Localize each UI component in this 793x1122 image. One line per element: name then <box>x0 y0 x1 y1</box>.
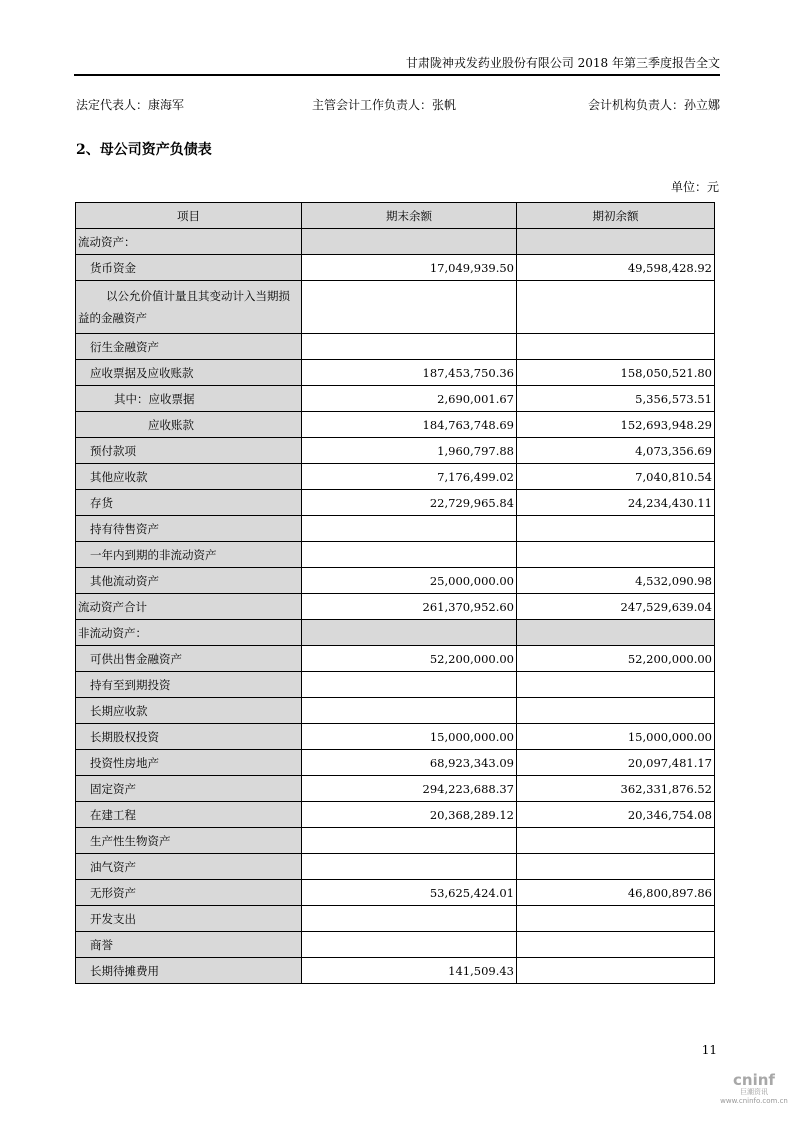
cninfo-watermark: cninf 巨潮资讯 www.cninfo.com.cn <box>718 1072 790 1106</box>
row-end-balance: 7,176,499.02 <box>302 464 517 490</box>
row-begin-balance <box>517 516 715 542</box>
row-end-balance: 17,049,939.50 <box>302 255 517 281</box>
row-end-balance <box>302 334 517 360</box>
row-item-label: 应收账款 <box>76 412 302 438</box>
row-end-balance: 294,223,688.37 <box>302 776 517 802</box>
row-item-label: 长期股权投资 <box>76 724 302 750</box>
row-begin-balance: 7,040,810.54 <box>517 464 715 490</box>
accounting-dept-head: 会计机构负责人：孙立娜 <box>588 98 720 112</box>
table-row: 生产性生物资产 <box>76 828 715 854</box>
table-row: 固定资产294,223,688.37362,331,876.52 <box>76 776 715 802</box>
table-row: 预付款项1,960,797.884,073,356.69 <box>76 438 715 464</box>
page-header: 甘肃陇神戎发药业股份有限公司 2018 年第三季度报告全文 <box>74 56 720 76</box>
table-row: 长期待摊费用141,509.43 <box>76 958 715 984</box>
row-begin-balance <box>517 334 715 360</box>
row-item-label: 在建工程 <box>76 802 302 828</box>
row-item-label: 商誉 <box>76 932 302 958</box>
row-end-balance <box>302 516 517 542</box>
row-end-balance: 68,923,343.09 <box>302 750 517 776</box>
table-header-row: 项目 期末余额 期初余额 <box>76 203 715 229</box>
table-row: 流动资产合计261,370,952.60247,529,639.04 <box>76 594 715 620</box>
row-item-label: 其中：应收票据 <box>76 386 302 412</box>
row-begin-balance <box>517 542 715 568</box>
row-end-balance <box>302 672 517 698</box>
row-item-label: 油气资产 <box>76 854 302 880</box>
row-end-balance <box>302 542 517 568</box>
unit-label: 单位：元 <box>671 180 719 194</box>
row-begin-balance <box>517 958 715 984</box>
row-end-balance <box>302 932 517 958</box>
table-row: 存货22,729,965.8424,234,430.11 <box>76 490 715 516</box>
table-row: 持有至到期投资 <box>76 672 715 698</box>
table-row: 长期股权投资15,000,000.0015,000,000.00 <box>76 724 715 750</box>
row-end-balance: 187,453,750.36 <box>302 360 517 386</box>
table-row: 投资性房地产68,923,343.0920,097,481.17 <box>76 750 715 776</box>
table-row: 非流动资产： <box>76 620 715 646</box>
row-end-balance: 25,000,000.00 <box>302 568 517 594</box>
row-begin-balance: 152,693,948.29 <box>517 412 715 438</box>
cninfo-url: www.cninfo.com.cn <box>718 1097 790 1106</box>
table-row: 无形资产53,625,424.0146,800,897.86 <box>76 880 715 906</box>
row-end-balance <box>302 281 517 334</box>
row-item-label: 其他流动资产 <box>76 568 302 594</box>
row-begin-balance: 15,000,000.00 <box>517 724 715 750</box>
cninfo-brand-cn: 巨潮资讯 <box>718 1088 790 1097</box>
row-end-balance <box>302 854 517 880</box>
row-begin-balance <box>517 698 715 724</box>
row-end-balance: 52,200,000.00 <box>302 646 517 672</box>
row-item-label: 其他应收款 <box>76 464 302 490</box>
report-title: 甘肃陇神戎发药业股份有限公司 2018 年第三季度报告全文 <box>406 56 720 70</box>
page-number: 11 <box>702 1043 717 1057</box>
row-item-label: 衍生金融资产 <box>76 334 302 360</box>
row-begin-balance: 4,073,356.69 <box>517 438 715 464</box>
row-item-label: 流动资产： <box>76 229 302 255</box>
row-end-balance: 184,763,748.69 <box>302 412 517 438</box>
row-begin-balance: 20,097,481.17 <box>517 750 715 776</box>
row-end-balance <box>302 698 517 724</box>
cninfo-logo-icon: cninf <box>718 1072 790 1088</box>
row-item-label: 固定资产 <box>76 776 302 802</box>
table-row: 其他流动资产25,000,000.004,532,090.98 <box>76 568 715 594</box>
row-begin-balance: 247,529,639.04 <box>517 594 715 620</box>
row-item-label: 非流动资产： <box>76 620 302 646</box>
table-row: 长期应收款 <box>76 698 715 724</box>
row-begin-balance <box>517 932 715 958</box>
row-item-label: 长期应收款 <box>76 698 302 724</box>
table-row: 在建工程20,368,289.1220,346,754.08 <box>76 802 715 828</box>
row-begin-balance <box>517 854 715 880</box>
row-item-label: 持有至到期投资 <box>76 672 302 698</box>
row-begin-balance <box>517 672 715 698</box>
table-row: 货币资金17,049,939.5049,598,428.92 <box>76 255 715 281</box>
row-begin-balance <box>517 281 715 334</box>
row-begin-balance <box>517 229 715 255</box>
row-item-label: 持有待售资产 <box>76 516 302 542</box>
row-end-balance <box>302 828 517 854</box>
row-begin-balance: 362,331,876.52 <box>517 776 715 802</box>
table-row: 油气资产 <box>76 854 715 880</box>
row-begin-balance: 4,532,090.98 <box>517 568 715 594</box>
row-item-label: 流动资产合计 <box>76 594 302 620</box>
row-end-balance: 20,368,289.12 <box>302 802 517 828</box>
row-begin-balance: 52,200,000.00 <box>517 646 715 672</box>
table-row: 其中：应收票据2,690,001.675,356,573.51 <box>76 386 715 412</box>
row-begin-balance: 24,234,430.11 <box>517 490 715 516</box>
row-end-balance: 53,625,424.01 <box>302 880 517 906</box>
table-row: 一年内到期的非流动资产 <box>76 542 715 568</box>
table-row: 可供出售金融资产52,200,000.0052,200,000.00 <box>76 646 715 672</box>
row-item-label: 一年内到期的非流动资产 <box>76 542 302 568</box>
table-row: 应收票据及应收账款187,453,750.36158,050,521.80 <box>76 360 715 386</box>
accounting-head: 主管会计工作负责人：张帆 <box>312 98 456 112</box>
col-header-item: 项目 <box>76 203 302 229</box>
table-row: 应收账款184,763,748.69152,693,948.29 <box>76 412 715 438</box>
legal-representative: 法定代表人：康海军 <box>76 98 184 112</box>
row-begin-balance <box>517 906 715 932</box>
row-end-balance: 1,960,797.88 <box>302 438 517 464</box>
row-end-balance <box>302 229 517 255</box>
table-row: 持有待售资产 <box>76 516 715 542</box>
row-item-label: 长期待摊费用 <box>76 958 302 984</box>
col-header-end-balance: 期末余额 <box>302 203 517 229</box>
row-end-balance: 2,690,001.67 <box>302 386 517 412</box>
row-item-label: 无形资产 <box>76 880 302 906</box>
row-begin-balance <box>517 620 715 646</box>
row-end-balance <box>302 906 517 932</box>
table-row: 以公允价值计量且其变动计入当期损益的金融资产 <box>76 281 715 334</box>
section-title: 2、母公司资产负债表 <box>76 142 212 158</box>
row-end-balance: 261,370,952.60 <box>302 594 517 620</box>
row-item-label: 开发支出 <box>76 906 302 932</box>
table-row: 流动资产： <box>76 229 715 255</box>
row-begin-balance: 46,800,897.86 <box>517 880 715 906</box>
row-begin-balance: 20,346,754.08 <box>517 802 715 828</box>
row-item-label: 预付款项 <box>76 438 302 464</box>
signers-line: 法定代表人：康海军 主管会计工作负责人：张帆 会计机构负责人：孙立娜 <box>76 98 720 114</box>
table-row: 商誉 <box>76 932 715 958</box>
table-row: 其他应收款7,176,499.027,040,810.54 <box>76 464 715 490</box>
row-begin-balance: 5,356,573.51 <box>517 386 715 412</box>
table-row: 衍生金融资产 <box>76 334 715 360</box>
row-begin-balance: 158,050,521.80 <box>517 360 715 386</box>
row-begin-balance <box>517 828 715 854</box>
row-end-balance <box>302 620 517 646</box>
row-item-label: 应收票据及应收账款 <box>76 360 302 386</box>
row-item-label: 可供出售金融资产 <box>76 646 302 672</box>
col-header-begin-balance: 期初余额 <box>517 203 715 229</box>
balance-sheet-table: 项目 期末余额 期初余额 流动资产：货币资金17,049,939.5049,59… <box>75 202 715 984</box>
row-item-label: 以公允价值计量且其变动计入当期损益的金融资产 <box>76 281 302 334</box>
row-end-balance: 141,509.43 <box>302 958 517 984</box>
row-end-balance: 15,000,000.00 <box>302 724 517 750</box>
row-item-label: 投资性房地产 <box>76 750 302 776</box>
table-row: 开发支出 <box>76 906 715 932</box>
row-item-label: 货币资金 <box>76 255 302 281</box>
row-begin-balance: 49,598,428.92 <box>517 255 715 281</box>
row-item-label: 生产性生物资产 <box>76 828 302 854</box>
row-item-label: 存货 <box>76 490 302 516</box>
row-end-balance: 22,729,965.84 <box>302 490 517 516</box>
